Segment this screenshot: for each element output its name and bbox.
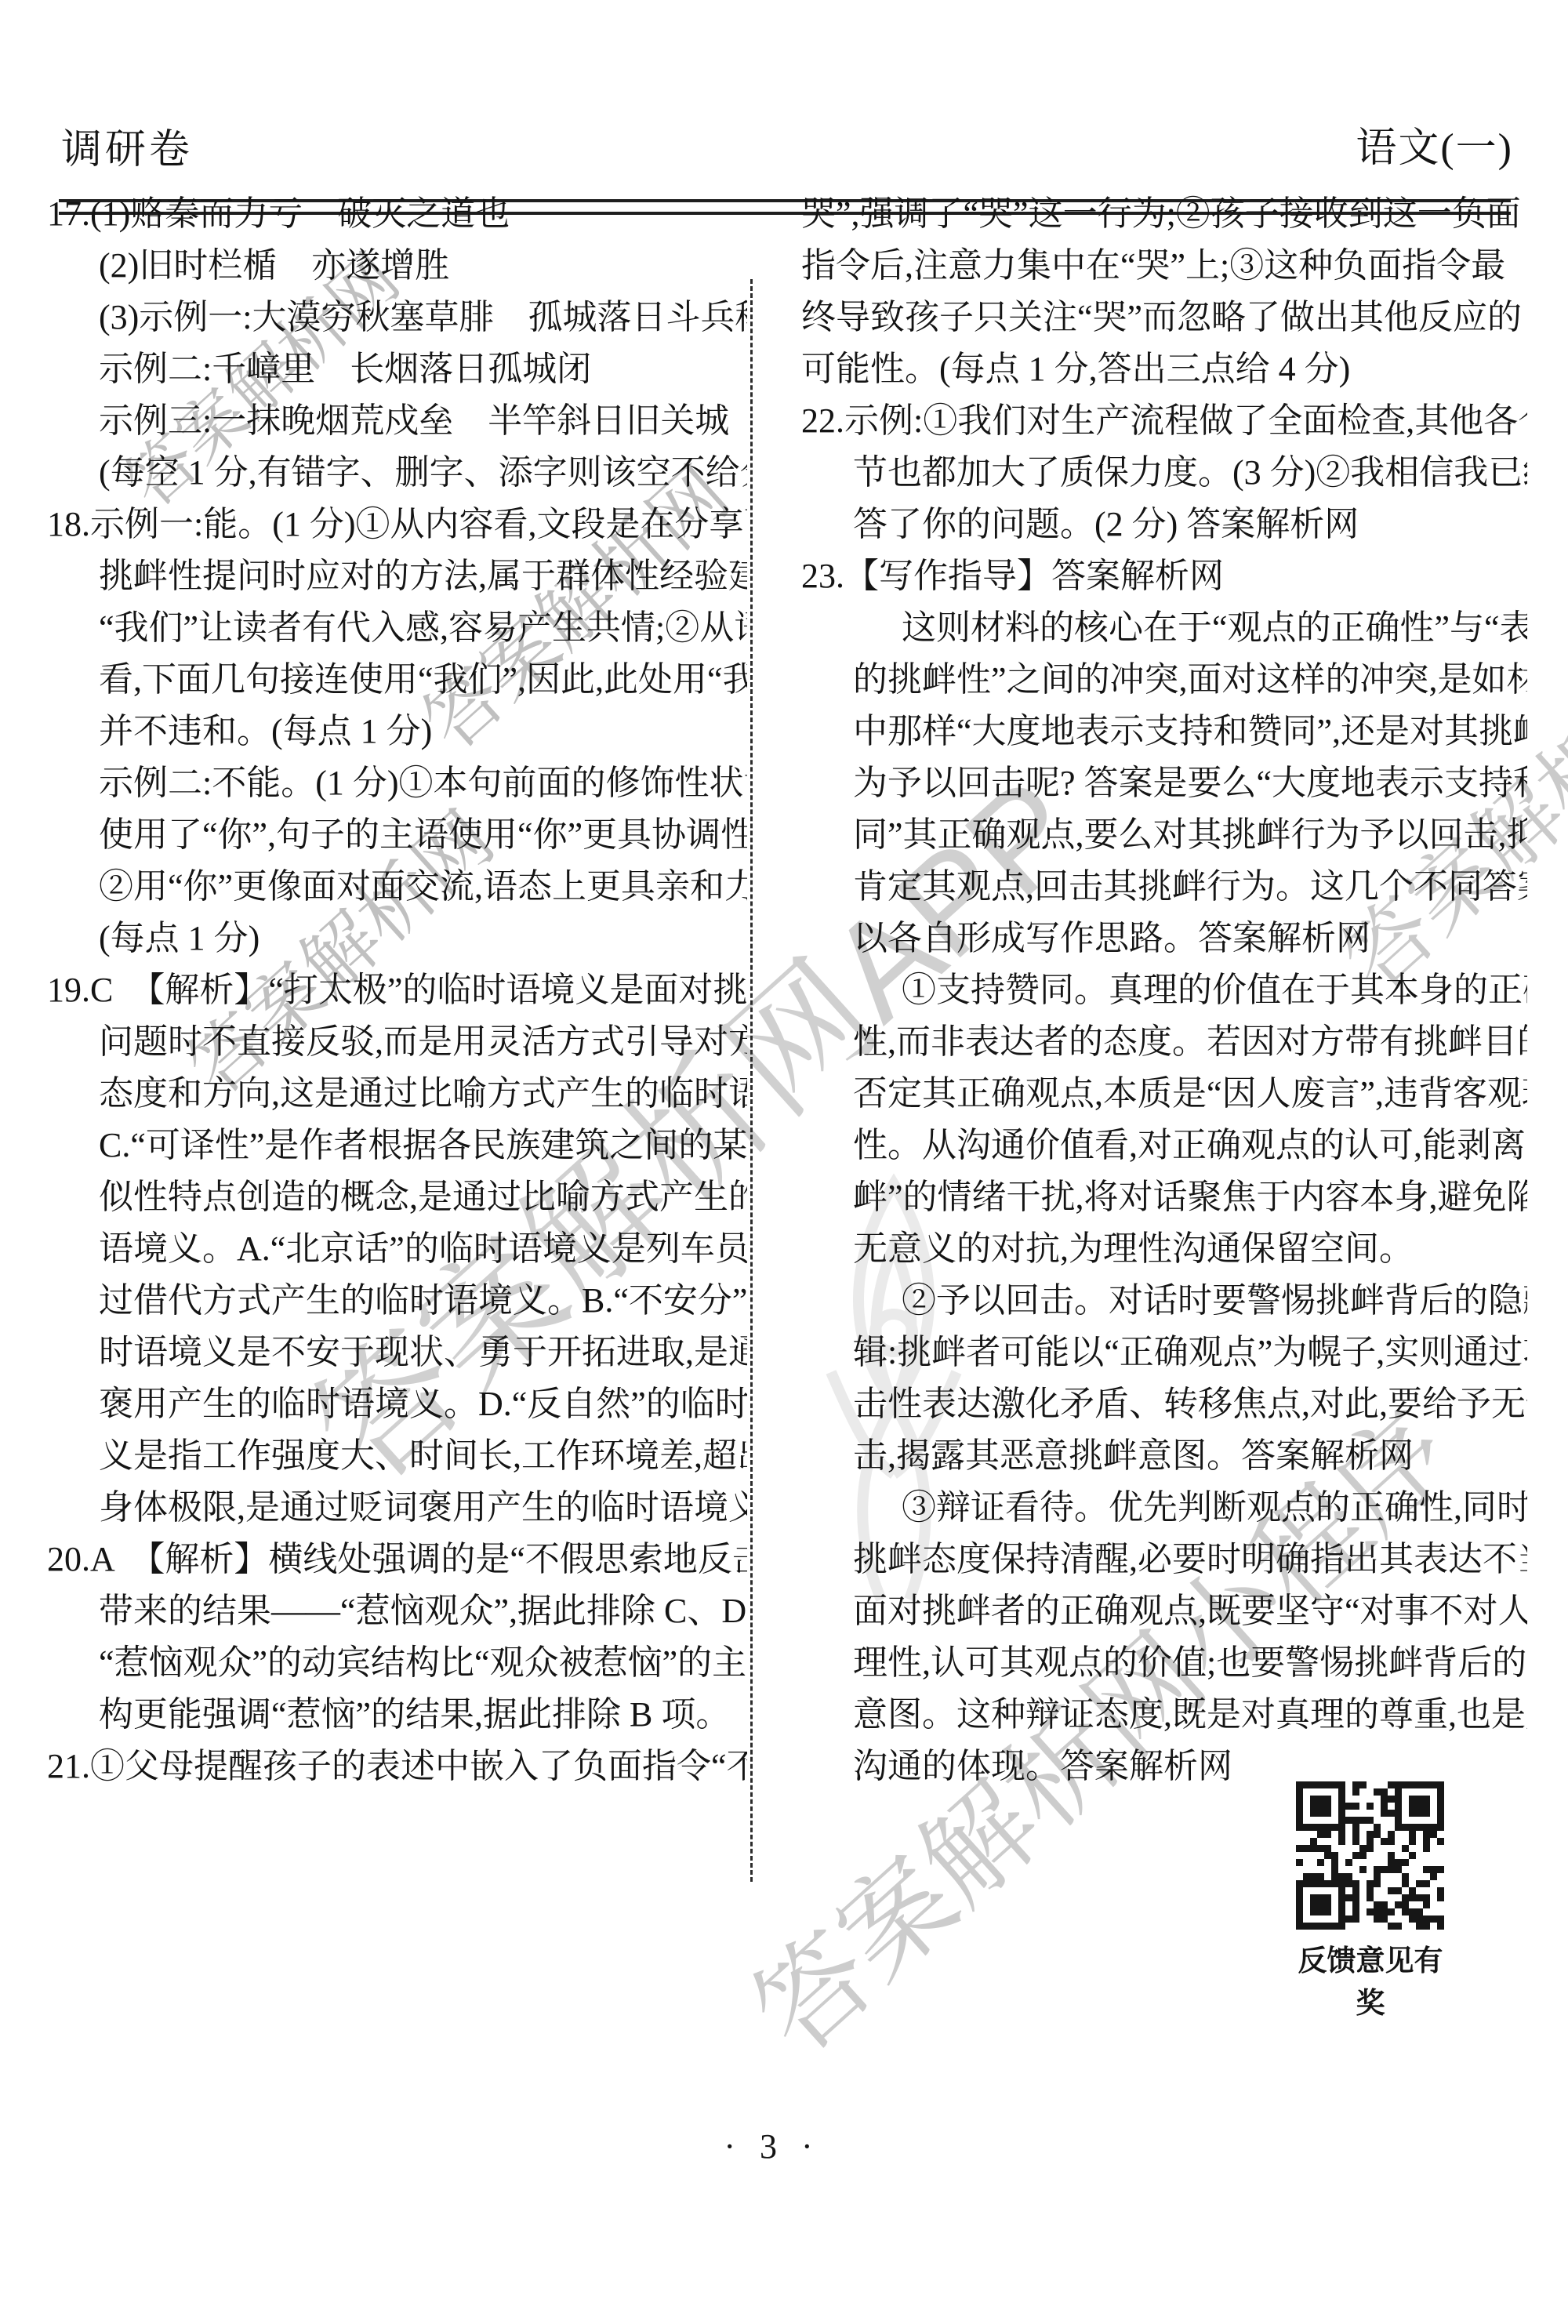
- text-line: 无意义的对抗,为理性沟通保留空间。: [801, 1223, 1527, 1275]
- text-line: (每点 1 分): [47, 913, 747, 964]
- right-column: 哭”,强调了“哭”这一行为;②孩子接收到这一负面指令后,注意力集中在“哭”上;③…: [801, 188, 1527, 1792]
- text-line: 击性表达激化矛盾、转移焦点,对此,要给予无情回: [801, 1378, 1527, 1430]
- text-line: 构更能强调“惹恼”的结果,据此排除 B 项。: [47, 1689, 747, 1741]
- text-line: ③辩证看待。优先判断观点的正确性,同时对: [801, 1482, 1527, 1534]
- text-line: ②予以回击。对话时要警惕挑衅背后的隐藏逻: [801, 1275, 1527, 1327]
- text-line: 23.【写作指导】答案解析网: [801, 550, 1527, 602]
- text-line: 22.示例:①我们对生产流程做了全面检查,其他各个环: [801, 395, 1527, 447]
- text-line: 态度和方向,这是通过比喻方式产生的临时语境义。: [47, 1068, 747, 1120]
- text-line: 同”其正确观点,要么对其挑衅行为予以回击,抑或: [801, 809, 1527, 861]
- text-line: 击,揭露其恶意挑衅意图。答案解析网: [801, 1430, 1527, 1482]
- paper-type-label: 调研卷: [61, 116, 193, 175]
- text-line: 面对挑衅者的正确观点,既要坚守“对事不对人”的: [801, 1585, 1527, 1637]
- text-line: 示例二:不能。(1 分)①本句前面的修饰性状语中: [47, 757, 747, 809]
- text-line: 身体极限,是通过贬词褒用产生的临时语境义。: [47, 1482, 747, 1534]
- text-line: 看,下面几句接连使用“我们”,因此,此处用“我们”: [47, 654, 747, 706]
- text-line: 为予以回击呢? 答案是要么“大度地表示支持和赞: [801, 757, 1527, 809]
- text-line: 节也都加大了质保力度。(3 分)②我相信我已经回: [801, 447, 1527, 499]
- text-line: 语境义。A.“北京话”的临时语境义是列车员,是通: [47, 1223, 747, 1275]
- text-line: 指令后,注意力集中在“哭”上;③这种负面指令最: [801, 240, 1527, 292]
- text-line: 带来的结果——“惹恼观众”,据此排除 C、D 两项;: [47, 1585, 747, 1637]
- text-line: 示例三:一抹晚烟荒戍垒 半竿斜日旧关城: [47, 395, 747, 447]
- text-line: 示例二:千嶂里 长烟落日孤城闭: [47, 343, 747, 395]
- left-column: 17.(1)赂秦而力亏 破灭之道也(2)旧时栏楯 亦遂增胜(3)示例一:大漠穷秋…: [47, 188, 747, 1792]
- text-line: C.“可译性”是作者根据各民族建筑之间的某种相: [47, 1120, 747, 1171]
- text-line: 性,而非表达者的态度。若因对方带有挑衅目的就: [801, 1016, 1527, 1068]
- text-line: 挑衅态度保持清醒,必要时明确指出其表达不当。: [801, 1534, 1527, 1585]
- text-line: 哭”,强调了“哭”这一行为;②孩子接收到这一负面: [801, 188, 1527, 240]
- page-number: · 3 ·: [0, 2126, 1544, 2166]
- text-line: ②用“你”更像面对面交流,语态上更具亲和力。: [47, 861, 747, 913]
- text-line: 并不违和。(每点 1 分): [47, 706, 747, 757]
- text-line: ①支持赞同。真理的价值在于其本身的正确: [801, 964, 1527, 1016]
- text-line: 可能性。(每点 1 分,答出三点给 4 分): [801, 343, 1527, 395]
- text-line: 19.C 【解析】“打太极”的临时语境义是面对挑衅性: [47, 964, 747, 1016]
- text-line: 意图。这种辩证态度,既是对真理的尊重,也是成熟: [801, 1689, 1527, 1741]
- text-line: 否定其正确观点,本质是“因人废言”,违背客观理: [801, 1068, 1527, 1120]
- qr-code: [1296, 1781, 1444, 1930]
- text-line: 褒用产生的临时语境义。D.“反自然”的临时语境: [47, 1378, 747, 1430]
- text-line: (2)旧时栏楯 亦遂增胜: [47, 240, 747, 292]
- text-line: (每空 1 分,有错字、删字、添字则该空不给分): [47, 447, 747, 499]
- text-line: 衅”的情绪干扰,将对话聚焦于内容本身,避免陷入: [801, 1171, 1527, 1223]
- text-line: 义是指工作强度大、时间长,工作环境差,超出人的: [47, 1430, 747, 1482]
- text-line: 过借代方式产生的临时语境义。B.“不安分”的临: [47, 1275, 747, 1327]
- text-line: 18.示例一:能。(1 分)①从内容看,文段是在分享面对: [47, 499, 747, 550]
- text-line: 使用了“你”,句子的主语使用“你”更具协调性;: [47, 809, 747, 861]
- text-line: 问题时不直接反驳,而是用灵活方式引导对方改变: [47, 1016, 747, 1068]
- text-line: 的挑衅性”之间的冲突,面对这样的冲突,是如材料: [801, 654, 1527, 706]
- text-line: 21.①父母提醒孩子的表述中嵌入了负面指令“不要: [47, 1741, 747, 1792]
- text-line: 这则材料的核心在于“观点的正确性”与“表达: [801, 602, 1527, 654]
- text-line: (3)示例一:大漠穷秋塞草腓 孤城落日斗兵稀: [47, 292, 747, 343]
- text-line: 终导致孩子只关注“哭”而忽略了做出其他反应的: [801, 292, 1527, 343]
- qr-caption: 反馈意见有奖: [1284, 1937, 1457, 2021]
- text-line: 理性,认可其观点的价值;也要警惕挑衅背后的不良: [801, 1637, 1527, 1689]
- text-line: 20.A 【解析】横线处强调的是“不假思索地反击”所: [47, 1534, 747, 1585]
- exam-answer-page: 调研卷 语文(一) 答案解析网 答案解析网 答案解析网 答案解析网APP 答案解…: [0, 0, 1568, 2324]
- text-line: 性。从沟通价值看,对正确观点的认可,能剥离“挑: [801, 1120, 1527, 1171]
- text-line: 中那样“大度地表示支持和赞同”,还是对其挑衅行: [801, 706, 1527, 757]
- text-line: 以各自形成写作思路。答案解析网: [801, 913, 1527, 964]
- column-divider: [750, 279, 753, 1882]
- text-line: 似性特点创造的概念,是通过比喻方式产生的临时: [47, 1171, 747, 1223]
- text-line: 17.(1)赂秦而力亏 破灭之道也: [47, 188, 747, 240]
- text-line: 时语境义是不安于现状、勇于开拓进取,是通过贬词: [47, 1327, 747, 1378]
- text-line: 答了你的问题。(2 分) 答案解析网: [801, 499, 1527, 550]
- text-line: 肯定其观点,回击其挑衅行为。这几个不同答案,可: [801, 861, 1527, 913]
- text-line: “惹恼观众”的动宾结构比“观众被惹恼”的主谓结: [47, 1637, 747, 1689]
- text-line: “我们”让读者有代入感,容易产生共情;②从语境: [47, 602, 747, 654]
- subject-label: 语文(一): [1356, 114, 1513, 173]
- text-line: 辑:挑衅者可能以“正确观点”为幌子,实则通过攻: [801, 1327, 1527, 1378]
- text-line: 挑衅性提问时应对的方法,属于群体性经验建议,用: [47, 550, 747, 602]
